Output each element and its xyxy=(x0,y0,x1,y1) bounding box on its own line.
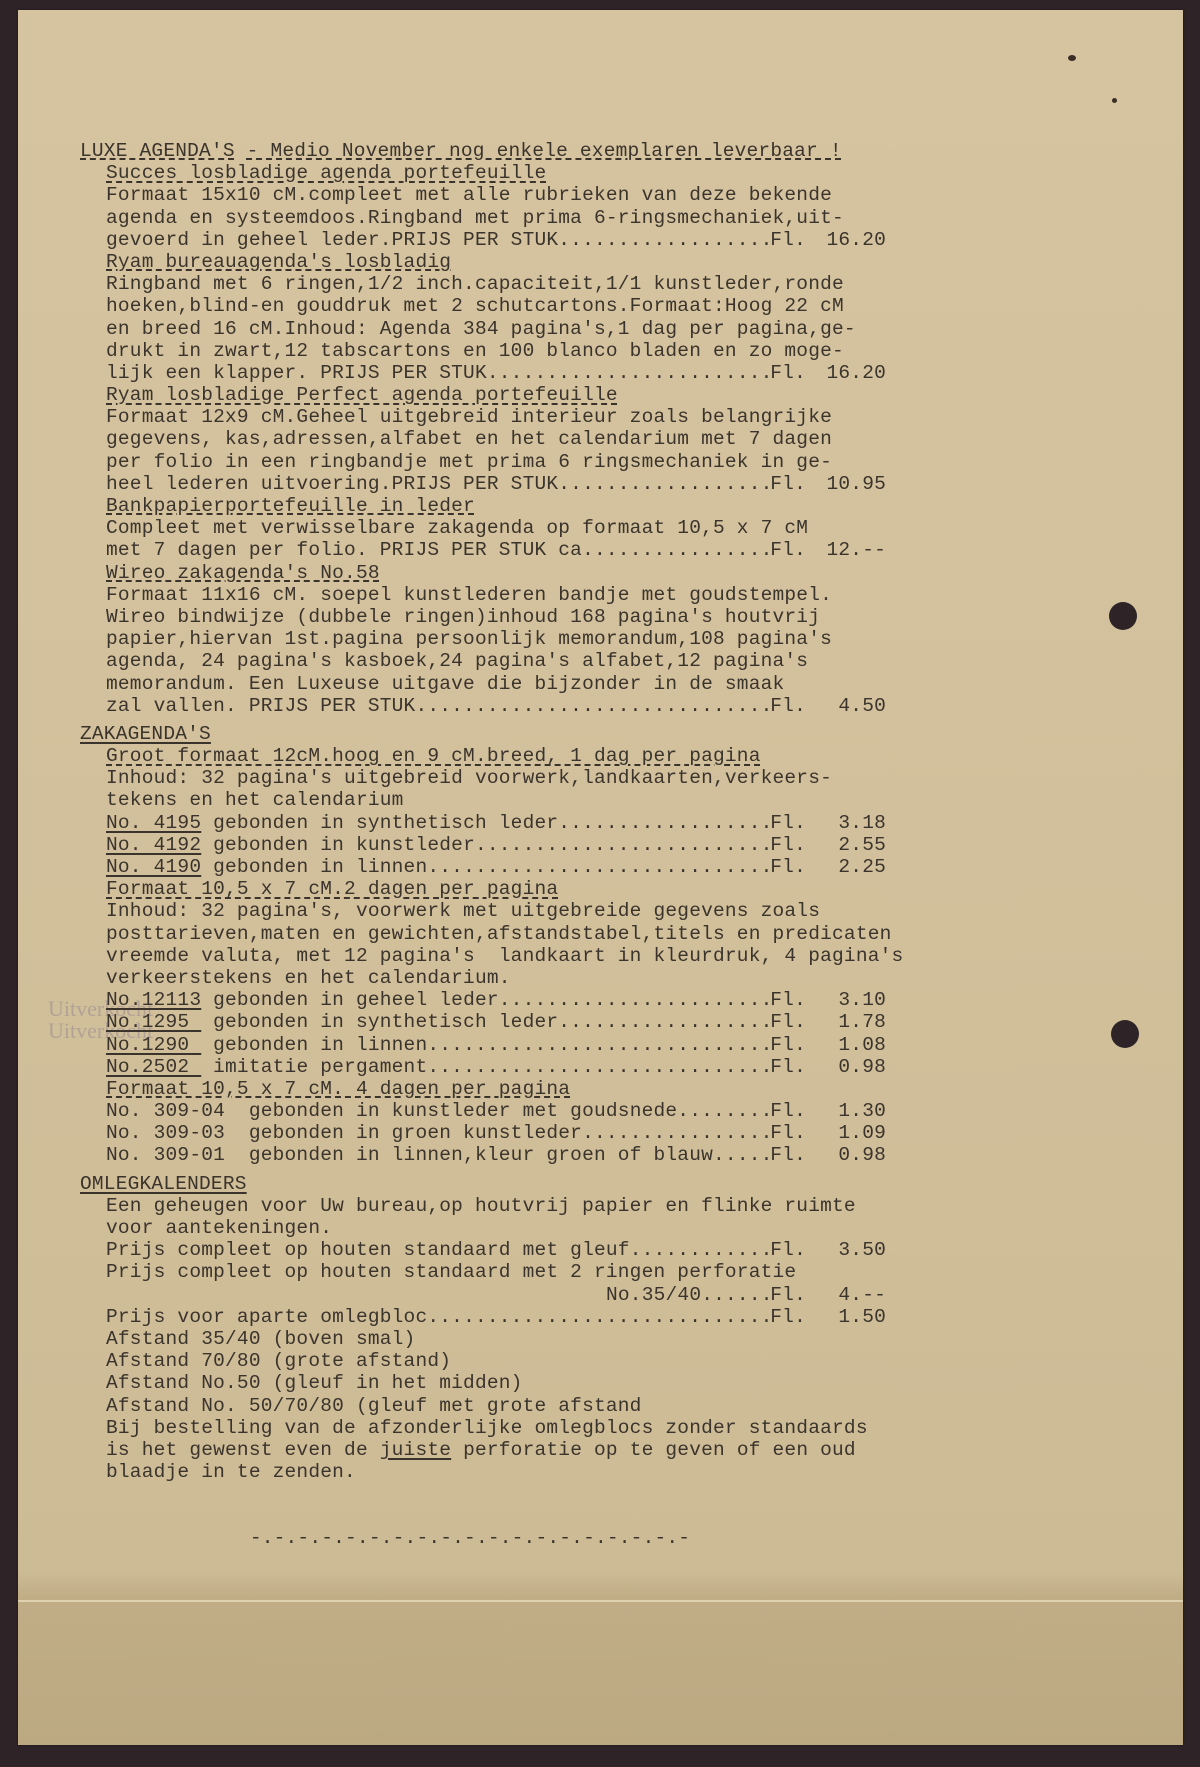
section-heading-zakagendas: ZAKAGENDA'S xyxy=(80,723,211,745)
paper-stain xyxy=(1068,55,1076,61)
punch-hole-lower xyxy=(1111,1020,1139,1048)
product-title: Bankpapierportefeuille in leder xyxy=(106,495,475,517)
product-title: Wireo zakagenda's No.58 xyxy=(106,562,380,584)
group-title: Formaat 10,5 x 7 cM.2 dagen per pagina xyxy=(106,878,558,900)
product-wireo: Wireo zakagenda's No.58 Formaat 11x16 cM… xyxy=(80,562,1060,717)
paper-fold xyxy=(18,1600,1183,1602)
price-row: Prijs voor aparte omlegbloc.............… xyxy=(80,1306,886,1328)
product-ryam-bureauagenda: Ryam bureauagenda's losbladig Ringband m… xyxy=(80,251,1060,384)
price: 3.10 xyxy=(806,989,886,1011)
product-bankpapier: Bankpapierportefeuille in leder Compleet… xyxy=(80,495,1060,562)
price: 2.25 xyxy=(806,856,886,878)
product-row: No. 309-01 gebonden in linnen,kleur groe… xyxy=(80,1144,886,1166)
group-title: Formaat 10,5 x 7 cM. 4 dagen per pagina xyxy=(106,1078,570,1100)
price-row: Prijs compleet op houten standaard met g… xyxy=(80,1239,886,1261)
closing-divider: -.-.-.-.-.-.-.-.-.-.-.-.-.-.-.-.-.-.- xyxy=(80,1527,860,1549)
product-row: No. 4195 gebonden in synthetisch leder..… xyxy=(80,812,886,834)
product-title: Ryam losbladige Perfect agenda portefeui… xyxy=(106,384,618,406)
price: 4.50 xyxy=(806,695,886,717)
price: 10.95 xyxy=(806,473,886,495)
product-row: No. 4190 gebonden in linnen.............… xyxy=(80,856,886,878)
price-list: LUXE AGENDA'S - Medio November nog enkel… xyxy=(80,140,1060,1549)
price: 16.20 xyxy=(806,229,886,251)
product-title: Ryam bureauagenda's losbladig xyxy=(106,251,451,273)
product-row: No.2502 imitatie pergament..............… xyxy=(80,1056,886,1078)
afstand-line: Afstand No.50 (gleuf in het midden) xyxy=(80,1372,1060,1394)
price-row: No.35/40................................… xyxy=(80,1284,886,1306)
product-row: No.1290 gebonden in linnen..............… xyxy=(80,1034,886,1056)
price: 0.98 xyxy=(806,1056,886,1078)
punch-hole-upper xyxy=(1109,602,1137,630)
emphasis-juiste: juiste xyxy=(380,1439,451,1461)
section-heading-luxe: LUXE AGENDA'S - Medio November nog enkel… xyxy=(80,140,1060,162)
price: 12.-- xyxy=(806,539,886,561)
product-row: No. 309-04 gebonden in kunstleder met go… xyxy=(80,1100,886,1122)
afstand-line: Afstand No. 50/70/80 (gleuf met grote af… xyxy=(80,1395,1060,1417)
price: 1.08 xyxy=(806,1034,886,1056)
price: 1.78 xyxy=(806,1011,886,1033)
price: 16.20 xyxy=(806,362,886,384)
afstand-line: Afstand 70/80 (grote afstand) xyxy=(80,1350,1060,1372)
product-row: No. 309-03 gebonden in groen kunstleder.… xyxy=(80,1122,886,1144)
afstand-line: Afstand 35/40 (boven smal) xyxy=(80,1328,1060,1350)
product-row: No. 4192 gebonden in kunstleder.........… xyxy=(80,834,886,856)
availability-note: - Medio November nog enkele exemplaren l… xyxy=(247,140,842,162)
section-heading-omlegkalenders: OMLEGKALENDERS xyxy=(80,1173,247,1195)
price: 1.50 xyxy=(806,1306,886,1328)
product-ryam-perfect: Ryam losbladige Perfect agenda portefeui… xyxy=(80,384,1060,495)
product-row: No.12113 gebonden in geheel leder.......… xyxy=(80,989,886,1011)
price: 3.50 xyxy=(806,1239,886,1261)
product-row: No.1295 gebonden in synthetisch leder...… xyxy=(80,1011,886,1033)
group-4-dagen: Formaat 10,5 x 7 cM. 4 dagen per pagina … xyxy=(80,1078,1060,1167)
price: 3.18 xyxy=(806,812,886,834)
product-succes: Succes losbladige agenda portefeuille Fo… xyxy=(80,162,1060,251)
product-title: Succes losbladige agenda portefeuille xyxy=(106,162,546,184)
price: 1.09 xyxy=(806,1122,886,1144)
price: 1.30 xyxy=(806,1100,886,1122)
group-2-dagen: Formaat 10,5 x 7 cM.2 dagen per pagina I… xyxy=(80,878,1060,1078)
price: 2.55 xyxy=(806,834,886,856)
price: 0.98 xyxy=(806,1144,886,1166)
group-groot-formaat: Groot formaat 12cM.hoog en 9 cM.breed, 1… xyxy=(80,745,1060,878)
paper-stain xyxy=(1112,98,1117,103)
group-title: Groot formaat 12cM.hoog en 9 cM.breed, 1… xyxy=(106,745,761,767)
price: 4.-- xyxy=(806,1284,886,1306)
